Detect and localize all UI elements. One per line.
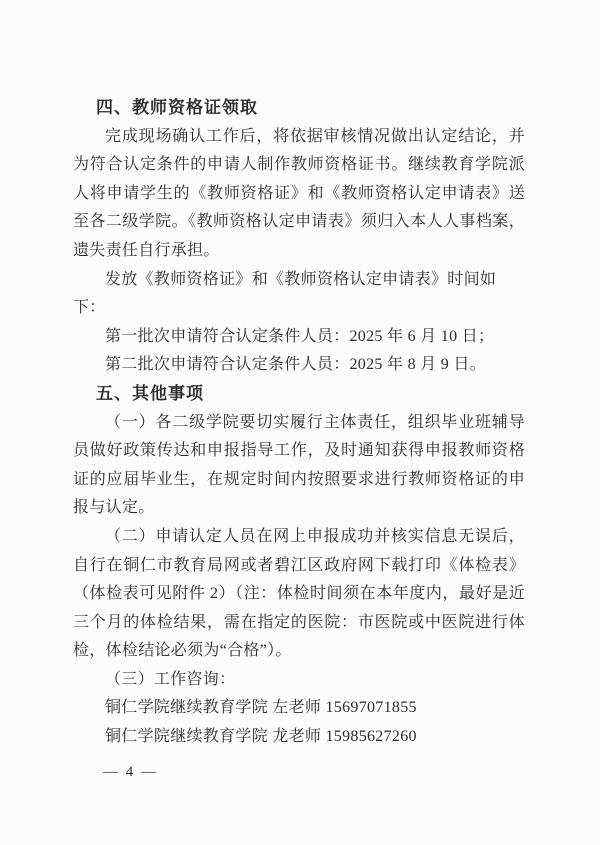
- section-heading-cert-collection: 四、教师资格证领取: [73, 94, 525, 123]
- paragraph-cert-collection: 完成现场确认工作后，将依据审核情况做出认定结论，并为符合认定条件的申请人制作教师…: [73, 123, 525, 266]
- paragraph-issue-time: 发放《教师资格证》和《教师资格认定申请表》时间如下：: [73, 266, 525, 323]
- section-heading-other-matters: 五、其他事项: [73, 380, 525, 409]
- page-number: — 4 —: [103, 764, 158, 781]
- document-page: 四、教师资格证领取 完成现场确认工作后，将依据审核情况做出认定结论，并为符合认定…: [0, 0, 600, 845]
- paragraph-item1-responsibility: （一）各二级学院要切实履行主体责任，组织毕业班辅导员做好政策传达和申报指导工作，…: [73, 409, 525, 523]
- paragraph-batch1-date: 第一批次申请符合认定条件人员：2025 年 6 月 10 日；: [73, 323, 525, 352]
- paragraph-batch2-date: 第二批次申请符合认定条件人员：2025 年 8 月 9 日。: [73, 351, 525, 380]
- paragraph-item2-physical-exam: （二）申请认定人员在网上申报成功并核实信息无误后，自行在铜仁市教育局网或者碧江区…: [73, 523, 525, 666]
- paragraph-item3-consultation-label: （三）工作咨询：: [73, 666, 525, 695]
- contact-line-teacher-long: 铜仁学院继续教育学院 龙老师 15985627260: [73, 723, 525, 752]
- contact-line-teacher-zuo: 铜仁学院继续教育学院 左老师 15697071855: [73, 694, 525, 723]
- document-body: 四、教师资格证领取 完成现场确认工作后，将依据审核情况做出认定结论，并为符合认定…: [73, 94, 525, 752]
